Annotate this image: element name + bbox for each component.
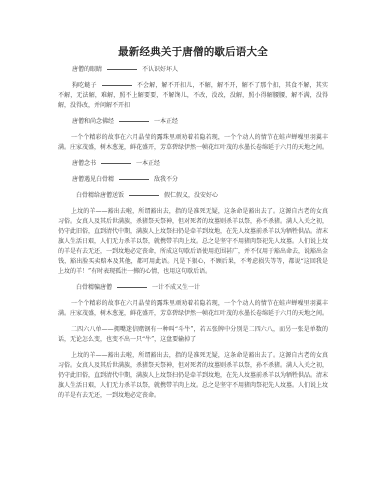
answer-text: 假仁假义，没安好心 <box>164 192 218 199</box>
riddle-text: 唐僧念书 <box>72 160 96 167</box>
answer-text: 一本正经 <box>154 118 178 125</box>
answer-text: 不认识好坏人 <box>142 66 178 73</box>
xiehouyu-line: 唐僧念书一本正经 <box>58 159 328 169</box>
xiehouyu-line: 白骨精给唐僧送饭假仁假义，没安好心 <box>58 191 328 201</box>
body-paragraph: 上坟的羊——豁出去啦，所谓豁出去，指的是准死无疑，这条命是豁出去了。这源自古老的… <box>58 207 328 277</box>
dash-divider <box>129 195 159 196</box>
xiehouyu-line: 唐僧和尚念佛经一本正经 <box>58 117 328 127</box>
answer-text: 一计不成又生一计 <box>152 284 200 291</box>
answer-text: 敌我不分 <box>154 176 178 183</box>
xiehouyu-line: 唐僧遇见白骨精敌我不分 <box>58 175 328 185</box>
body-paragraph: 上坟的羊——豁出去啦，所谓豁出去，指的是准死无疑，这条命是豁出去了。这源自古老的… <box>58 351 328 401</box>
riddle-text: 唐僧遇见白骨精 <box>72 176 114 183</box>
riddle-text: 唐僧和尚念佛经 <box>72 118 114 125</box>
document-page: 最新经典关于唐僧的歇后语大全 唐僧的眼睛不认识好坏人 狗吃鲢子不会解，解不开扣儿… <box>0 0 386 500</box>
answer-text: 一本正经 <box>136 160 160 167</box>
body-paragraph: 一个个精彩的故事在六月晶莹的露珠里顽劝着若隐若现，一个个动人的情节在蛙声蝉噪里羽… <box>58 299 328 319</box>
riddle-text: 狗吃鲢子 <box>72 82 97 89</box>
answer-text: 不会解，解不开扣儿，不解，解不开，解不了那个扣，其食不解，其实不解，无法解，难解… <box>58 82 328 109</box>
dash-divider <box>119 179 149 180</box>
riddle-text: 白骨精给唐僧送饭 <box>76 192 124 199</box>
document-title: 最新经典关于唐僧的歇后语大全 <box>58 44 328 59</box>
xiehouyu-line: 唐僧的眼睛不认识好坏人 <box>58 65 328 75</box>
dash-divider <box>101 163 131 164</box>
dash-divider <box>102 85 132 86</box>
xiehouyu-line: 狗吃鲢子不会解，解不开扣儿，不解，解不开，解不了那个扣，其食不解，其实不解，无法… <box>58 81 328 111</box>
dash-divider <box>107 69 137 70</box>
riddle-text: 唐僧的眼睛 <box>72 66 102 73</box>
dash-divider <box>119 121 149 122</box>
xiehouyu-line: 白骨精骗唐僧一计不成又生一计 <box>58 283 328 293</box>
body-paragraph: 一个个精彩的故事在六月晶莹的露珠里顽劝着若隐若现，一个个动人的情节在蛙声蝉噪里羽… <box>58 133 328 153</box>
body-paragraph: 二四六八单——拥嘴迷信赌钢有一种叫“斗牛”，若五张牌中分别是二四六八，而另一张是… <box>58 325 328 345</box>
dash-divider <box>117 287 147 288</box>
riddle-text: 白骨精骗唐僧 <box>76 284 112 291</box>
